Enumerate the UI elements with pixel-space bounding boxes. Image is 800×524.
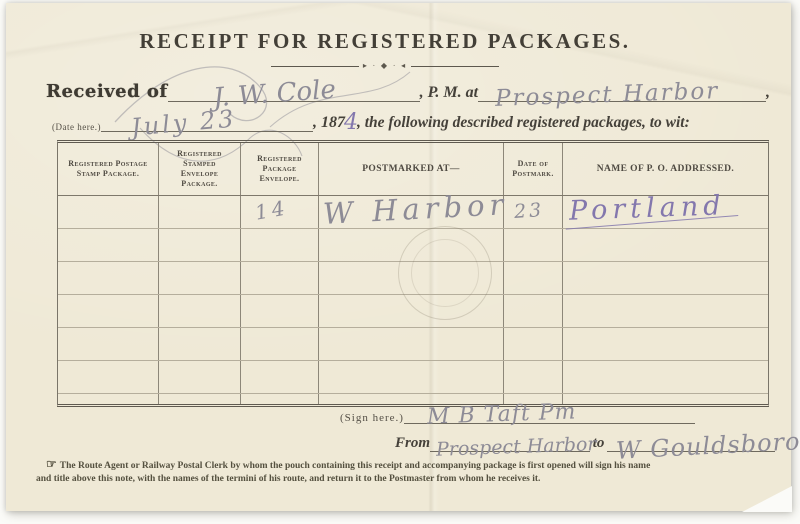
table-cell xyxy=(319,361,504,393)
torn-corner xyxy=(742,486,792,512)
pm-at-writein: Prospect Harbor xyxy=(478,100,766,102)
table-cell xyxy=(241,328,319,360)
received-of-label: Received of xyxy=(46,81,168,102)
to-wit-text: , the following described registered pac… xyxy=(357,114,690,132)
trailing-comma: , xyxy=(766,84,770,102)
date-line: (Date here.) July 23 , 187 4 , the follo… xyxy=(52,106,770,132)
table-cell xyxy=(58,394,159,404)
column-header-postage-stamp: Registered Postage Stamp Package. xyxy=(58,143,159,195)
table-cell xyxy=(504,328,563,360)
date-here-label: (Date here.) xyxy=(52,122,101,132)
table-cell xyxy=(159,229,241,261)
cell-handwriting: 23 xyxy=(513,199,545,223)
table-cell xyxy=(58,328,159,360)
table-cell: W Harbor xyxy=(319,196,504,228)
column-header-date-of-postmark: Date of Postmark. xyxy=(504,143,563,195)
table-cell xyxy=(159,196,241,228)
year-printed: , 187 xyxy=(313,114,345,132)
year-handwriting: 4 xyxy=(344,110,358,135)
table-row: 14W Harbor23Portland xyxy=(58,196,768,229)
table-cell: Portland xyxy=(563,196,768,228)
table-cell xyxy=(563,229,768,261)
table-cell xyxy=(159,295,241,327)
footnote: ☞The Route Agent or Railway Postal Clerk… xyxy=(36,458,778,486)
table-cell xyxy=(241,229,319,261)
scanned-receipt-document: RECEIPT FOR REGISTERED PACKAGES. ▸ ∙ ◆ ∙… xyxy=(0,0,800,524)
column-header-postmarked-at: POSTMARKED AT— xyxy=(319,143,504,195)
cell-handwriting: 14 xyxy=(253,195,290,224)
sign-writein: M B Taft Pm xyxy=(404,422,695,424)
table-cell xyxy=(504,229,563,261)
table-header-row: Registered Postage Stamp Package. Regist… xyxy=(58,143,768,196)
table-cell: 14 xyxy=(241,196,319,228)
table-cell xyxy=(159,328,241,360)
table-cell xyxy=(58,229,159,261)
divider-ornament-icon: ▸ ∙ ◆ ∙ ◂ xyxy=(359,62,411,70)
table-cell xyxy=(563,361,768,393)
table-cell xyxy=(159,361,241,393)
table-cell xyxy=(159,394,241,404)
table-cell xyxy=(241,262,319,294)
document-title: RECEIPT FOR REGISTERED PACKAGES. xyxy=(0,29,770,54)
table-cell xyxy=(58,295,159,327)
pm-at-label: , P. M. at xyxy=(420,84,478,102)
table-cell xyxy=(504,361,563,393)
received-of-writein: J. W. Cole xyxy=(168,100,420,102)
table-cell xyxy=(504,262,563,294)
column-header-stamped-envelope: Registered Stamped Envelope Package. xyxy=(159,143,241,195)
table-cell xyxy=(58,361,159,393)
footnote-line-2: and title above this note, with the name… xyxy=(36,473,778,486)
sign-line: (Sign here.) M B Taft Pm xyxy=(340,398,695,424)
received-line: Received of J. W. Cole , P. M. at Prospe… xyxy=(46,74,770,102)
from-label: From xyxy=(395,435,430,452)
pointing-hand-icon: ☞ xyxy=(46,457,60,471)
table-cell xyxy=(241,295,319,327)
table-cell xyxy=(563,295,768,327)
embossed-postmark-circle xyxy=(398,226,492,320)
footnote-line-1: ☞The Route Agent or Railway Postal Clerk… xyxy=(36,458,778,473)
cell-handwriting: Portland xyxy=(569,190,726,226)
table-cell xyxy=(504,295,563,327)
divider-line xyxy=(411,66,499,67)
column-header-name-of-po: NAME OF P. O. ADDRESSED. xyxy=(563,143,768,195)
from-to-line: From Prospect Harbor to W Gouldsboro xyxy=(395,426,775,452)
date-writein: July 23 xyxy=(101,130,313,132)
table-row xyxy=(58,361,768,394)
table-cell xyxy=(563,262,768,294)
table-cell xyxy=(319,328,504,360)
column-header-package-envelope: Registered Package Envelope. xyxy=(241,143,319,195)
table-cell: 23 xyxy=(504,196,563,228)
table-cell xyxy=(58,196,159,228)
to-writein: W Gouldsboro xyxy=(607,450,775,452)
sign-here-label: (Sign here.) xyxy=(340,412,404,424)
table-row xyxy=(58,328,768,361)
divider-line xyxy=(271,66,359,67)
table-cell xyxy=(241,394,319,404)
table-cell xyxy=(241,361,319,393)
from-writein: Prospect Harbor xyxy=(430,450,590,452)
table-cell xyxy=(563,328,768,360)
table-cell xyxy=(58,262,159,294)
table-cell xyxy=(159,262,241,294)
title-divider: ▸ ∙ ◆ ∙ ◂ xyxy=(0,62,770,70)
footnote-text-1: The Route Agent or Railway Postal Clerk … xyxy=(60,461,651,471)
